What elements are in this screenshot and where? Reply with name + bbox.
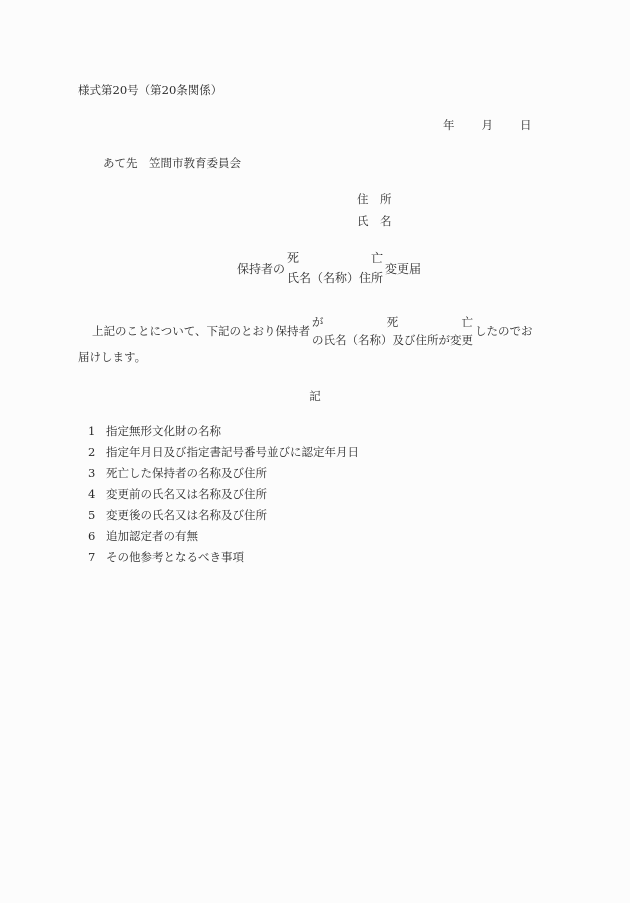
body-stack-top-right: 亡 — [462, 313, 474, 331]
title-stack-top-right: 亡 — [371, 248, 383, 268]
body-paragraph-line2: 届けします。 — [78, 349, 146, 365]
body-choice-stack: が 死 亡 の氏名（名称）及び住所が変更 — [312, 313, 473, 349]
list-item-number: 4 — [88, 484, 106, 505]
title-suffix: 変更届 — [385, 260, 421, 277]
list-item-text: その他参考となるべき事項 — [106, 547, 244, 568]
month-label: 月 — [482, 117, 494, 133]
list-item: 5 変更後の氏名又は名称及び住所 — [88, 505, 359, 526]
body-stack-bottom: の氏名（名称）及び住所が変更 — [312, 331, 473, 349]
address-label: 住 所 — [357, 191, 392, 207]
addressee-line: あて先 笠間市教育委員会 — [103, 155, 241, 171]
document-title: 保持者の 死 亡 氏名（名称）住所 変更届 — [237, 248, 421, 288]
list-item-text: 追加認定者の有無 — [106, 526, 198, 547]
body-stack-top-middle: 死 — [387, 313, 399, 331]
name-label: 氏 名 — [357, 213, 392, 229]
date-line: 年 月 日 — [443, 117, 532, 133]
day-label: 日 — [520, 117, 532, 133]
list-item: 2 指定年月日及び指定書記号番号並びに認定年月日 — [88, 442, 359, 463]
title-stack-bottom: 氏名（名称）住所 — [287, 268, 383, 288]
list-item-number: 2 — [88, 442, 106, 463]
list-item-text: 変更前の氏名又は名称及び住所 — [106, 484, 267, 505]
title-stack-top: 死 亡 — [287, 248, 383, 268]
body-text-after: したのでお — [475, 323, 533, 339]
form-number: 様式第20号（第20条関係） — [78, 82, 222, 98]
list-item-number: 6 — [88, 526, 106, 547]
list-item-text: 指定年月日及び指定書記号番号並びに認定年月日 — [106, 442, 359, 463]
body-stack-top-left: が — [312, 313, 324, 331]
year-label: 年 — [443, 117, 455, 133]
title-stack-top-left: 死 — [287, 248, 299, 268]
list-item-number: 3 — [88, 463, 106, 484]
list-item: 3 死亡した保持者の名称及び住所 — [88, 463, 359, 484]
document-page: 様式第20号（第20条関係） 年 月 日 あて先 笠間市教育委員会 住 所 氏 … — [0, 0, 630, 903]
list-item: 1 指定無形文化財の名称 — [88, 421, 359, 442]
list-heading: 記 — [0, 388, 630, 404]
title-choice-stack: 死 亡 氏名（名称）住所 — [287, 248, 383, 288]
list-item-text: 死亡した保持者の名称及び住所 — [106, 463, 267, 484]
list-item-text: 指定無形文化財の名称 — [106, 421, 221, 442]
list-item-number: 7 — [88, 547, 106, 568]
list-item-number: 1 — [88, 421, 106, 442]
body-text-before: 上記のことについて、下記のとおり保持者 — [92, 323, 310, 339]
list-item: 6 追加認定者の有無 — [88, 526, 359, 547]
list-item-text: 変更後の氏名又は名称及び住所 — [106, 505, 267, 526]
list-item: 7 その他参考となるべき事項 — [88, 547, 359, 568]
body-paragraph-line1: 上記のことについて、下記のとおり保持者 が 死 亡 の氏名（名称）及び住所が変更… — [92, 312, 533, 350]
notes-list: 1 指定無形文化財の名称 2 指定年月日及び指定書記号番号並びに認定年月日 3 … — [88, 421, 359, 568]
title-prefix: 保持者の — [237, 260, 285, 277]
body-stack-top: が 死 亡 — [312, 313, 473, 331]
list-item: 4 変更前の氏名又は名称及び住所 — [88, 484, 359, 505]
list-item-number: 5 — [88, 505, 106, 526]
